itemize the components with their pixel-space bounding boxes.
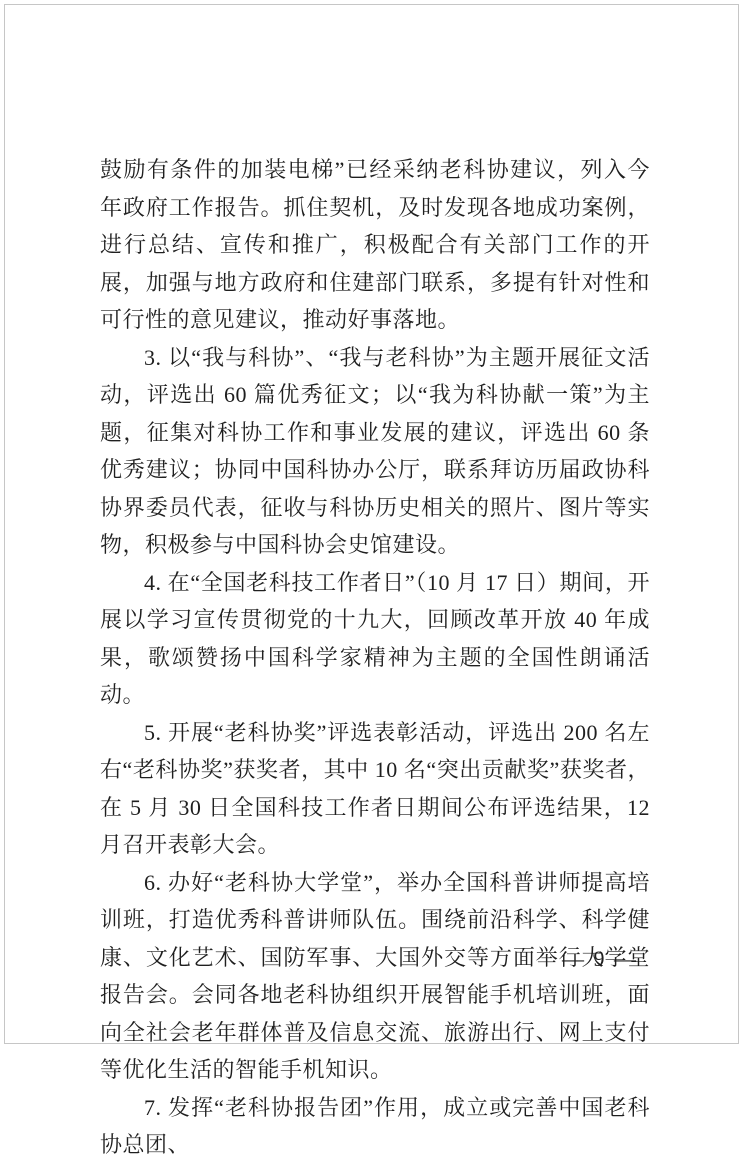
page-number: — 9 — (562, 946, 638, 972)
document-page: 鼓励有条件的加装电梯”已经采纳老科协建议，列入今年政府工作报告。抓住契机，及时发… (4, 4, 739, 1044)
paragraph: 3. 以“我与科协”、“我与老科协”为主题开展征文活动，评选出 60 篇优秀征文… (100, 339, 650, 564)
paragraph: 5. 开展“老科协奖”评选表彰活动，评选出 200 名左右“老科协奖”获奖者，其… (100, 714, 650, 864)
paragraph: 4. 在“全国老科技工作者日”（10 月 17 日）期间，开展以学习宣传贯彻党的… (100, 564, 650, 714)
document-body: 鼓励有条件的加装电梯”已经采纳老科协建议，列入今年政府工作报告。抓住契机，及时发… (100, 151, 650, 1050)
paragraph: 鼓励有条件的加装电梯”已经采纳老科协建议，列入今年政府工作报告。抓住契机，及时发… (100, 151, 650, 339)
